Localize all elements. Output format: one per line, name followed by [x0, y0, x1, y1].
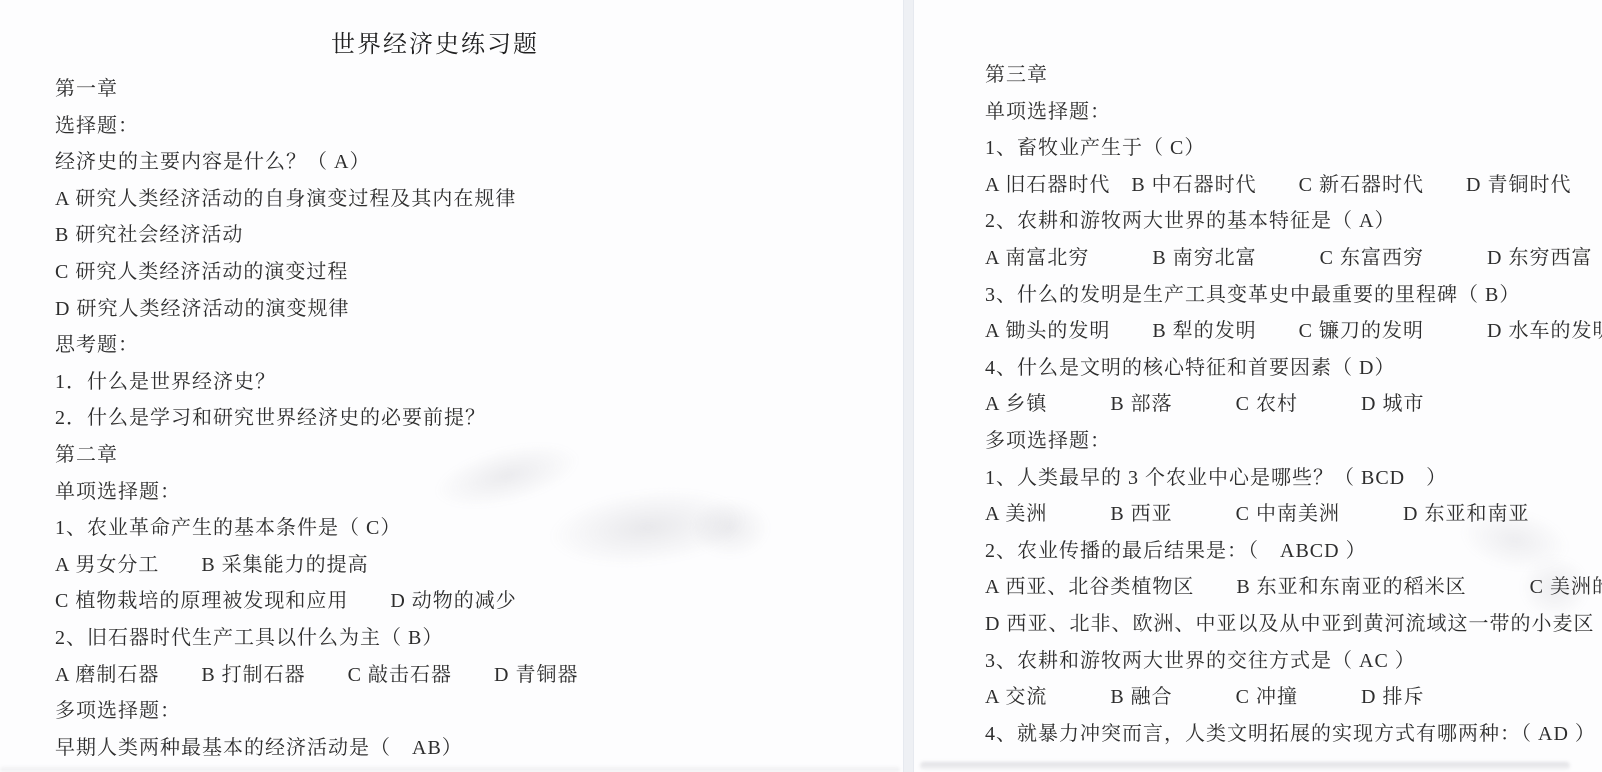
text-line: 1、人类最早的 3 个农业中心是哪些？（ BCD ） [985, 460, 1602, 497]
text-line: 1、畜牧业产生于（ C） [985, 130, 1602, 167]
text-line: 第二章 [55, 437, 903, 474]
text-line: A 研究人类经济活动的自身演变过程及其内在规律 [55, 181, 903, 218]
text-line: 多项选择题： [985, 423, 1602, 460]
text-line: 3、农耕和游牧两大世界的交往方式是（ AC ） [985, 643, 1602, 680]
text-line: 2、农业传播的最后结果是：（ ABCD ） [985, 533, 1602, 570]
text-line: 4、就暴力冲突而言，人类文明拓展的实现方式有哪两种：（ AD ） [985, 716, 1602, 753]
text-line: A 南富北穷 B 南穷北富 C 东富西穷 D 东穷西富 [985, 240, 1602, 277]
text-line: 单项选择题： [55, 474, 903, 511]
text-line: A 旧石器时代 B 中石器时代 C 新石器时代 D 青铜时代 [985, 167, 1602, 204]
text-line: 1、农业革命产生的基本条件是（ C） [55, 510, 903, 547]
text-line: 1．什么是世界经济史？ [55, 364, 903, 401]
page-gutter [903, 0, 914, 772]
page-1: 世界经济史练习题 第一章选择题：经济史的主要内容是什么？（ A）A 研究人类经济… [0, 0, 903, 772]
text-line: A 锄头的发明 B 犁的发明 C 镰刀的发明 D 水车的发明 [985, 313, 1602, 350]
text-line: A 乡镇 B 部落 C 农村 D 城市 [985, 386, 1602, 423]
page-1-lines: 第一章选择题：经济史的主要内容是什么？（ A）A 研究人类经济活动的自身演变过程… [0, 71, 903, 766]
text-line: 4、什么是文明的核心特征和首要因素（ D） [985, 350, 1602, 387]
page-2-lines: 第三章单项选择题：1、畜牧业产生于（ C）A 旧石器时代 B 中石器时代 C 新… [914, 0, 1602, 752]
text-line: 早期人类两种最基本的经济活动是（ AB） [55, 730, 903, 767]
text-line: 选择题： [55, 108, 903, 145]
text-line: B 研究社会经济活动 [55, 217, 903, 254]
document-title: 世界经济史练习题 [55, 0, 815, 64]
text-line: A 男女分工 B 采集能力的提高 [55, 547, 903, 584]
text-line: A 美洲 B 西亚 C 中南美洲 D 东亚和南亚 [985, 496, 1602, 533]
page-2: 第三章单项选择题：1、畜牧业产生于（ C）A 旧石器时代 B 中石器时代 C 新… [914, 0, 1602, 772]
text-line: D 研究人类经济活动的演变规律 [55, 291, 903, 328]
text-line: A 交流 B 融合 C 冲撞 D 排斥 [985, 679, 1602, 716]
text-line: 第一章 [55, 71, 903, 108]
text-line: 多项选择题： [55, 693, 903, 730]
text-line: A 西亚、北谷类植物区 B 东亚和东南亚的稻米区 C 美洲的玉米区 [985, 569, 1602, 606]
text-line: 2、农耕和游牧两大世界的基本特征是（ A） [985, 203, 1602, 240]
text-line: C 植物栽培的原理被发现和应用 D 动物的减少 [55, 583, 903, 620]
document-viewer: 世界经济史练习题 第一章选择题：经济史的主要内容是什么？（ A）A 研究人类经济… [0, 0, 1602, 772]
text-line: 2、旧石器时代生产工具以什么为主（ B） [55, 620, 903, 657]
text-line: C 研究人类经济活动的演变过程 [55, 254, 903, 291]
text-line: A 磨制石器 B 打制石器 C 敲击石器 D 青铜器 [55, 657, 903, 694]
text-line: 2．什么是学习和研究世界经济史的必要前提？ [55, 400, 903, 437]
text-line: 思考题： [55, 327, 903, 364]
text-line: 3、什么的发明是生产工具变革史中最重要的里程碑（ B） [985, 277, 1602, 314]
text-line: 经济史的主要内容是什么？（ A） [55, 144, 903, 181]
text-line: 单项选择题： [985, 94, 1602, 131]
text-line: 第三章 [985, 57, 1602, 94]
text-line: D 西亚、北非、欧洲、中亚以及从中亚到黄河流域这一带的小麦区 [985, 606, 1602, 643]
